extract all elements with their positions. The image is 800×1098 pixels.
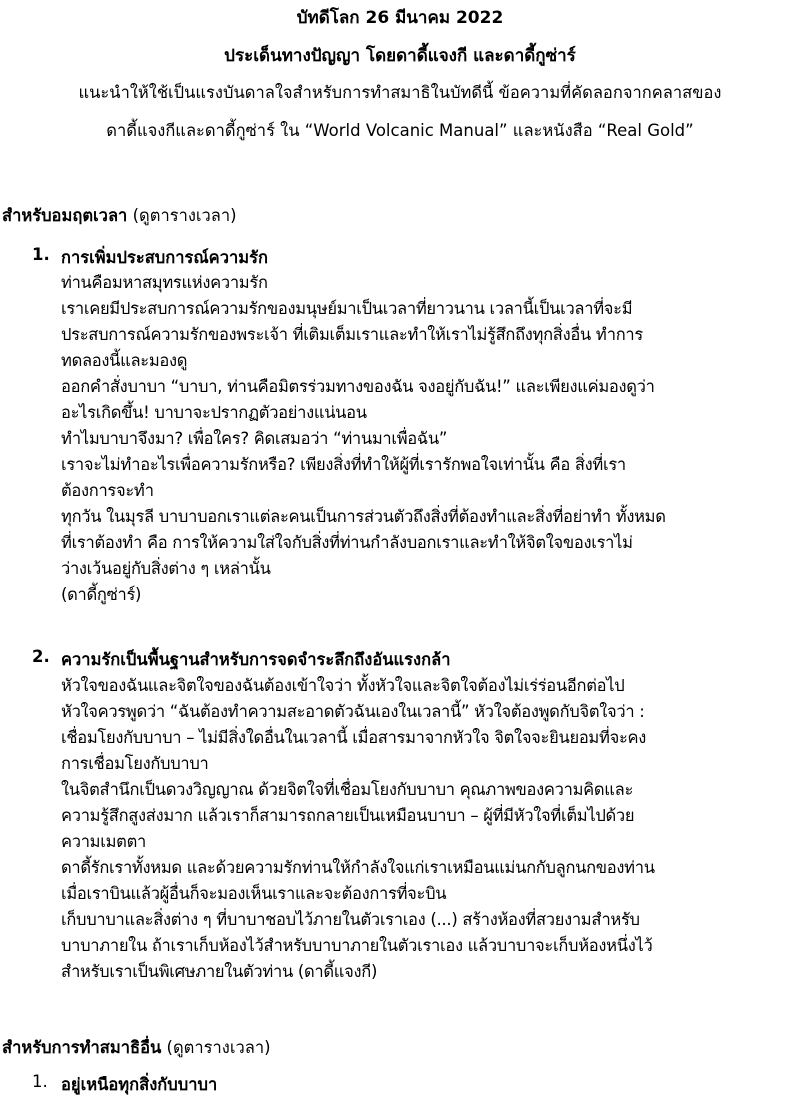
- body-line: บาบาภายใน ถ้าเราเก็บห้องไว้สำหรับบาบาภาย…: [61, 933, 652, 959]
- body-line: ต้องการจะทำ: [61, 478, 154, 504]
- body-line: เมื่อเราบินแล้วผู้อื่นก็จะมองเห็นเราและจ…: [61, 881, 446, 907]
- body-line: (ดาดี้กูซ่าร์): [61, 582, 141, 608]
- section-heading-amrit-vela: สำหรับอมฤตเวลา (ดูตารางเวลา): [2, 203, 237, 229]
- body-line: เชื่อมโยงกับบาบา – ไม่มีสิ่งใดอื่นในเวลา…: [61, 725, 646, 751]
- body-line: การเชื่อมโยงกับบาบา: [61, 751, 208, 777]
- document-title: บัทดีโลก 26 มีนาคม 2022: [0, 4, 800, 31]
- section-heading-note: (ดูตารางเวลา): [127, 206, 236, 225]
- item-title: ความรักเป็นพื้นฐานสำหรับการจดจำระลึกถึงอ…: [61, 647, 450, 673]
- item-title: การเพิ่มประสบการณ์ความรัก: [61, 245, 268, 271]
- body-line: ทดลองนี้และมองดู: [61, 348, 187, 374]
- intro-line: ดาดี้แจงกีและดาดี้กูซ่าร์ ใน “World Volc…: [0, 118, 800, 144]
- body-line: ท่านคือมหาสมุทรแห่งความรัก: [61, 270, 268, 296]
- section-heading-other-meditation: สำหรับการทำสมาธิอื่น (ดูตารางเวลา): [2, 1035, 271, 1061]
- body-line: เราเคยมีประสบการณ์ความรักของมนุษย์มาเป็น…: [61, 296, 632, 322]
- list-number: 2.: [32, 647, 50, 666]
- body-line: สำหรับเราเป็นพิเศษภายในตัวท่าน (ดาดี้แจง…: [61, 959, 377, 985]
- body-line: ทุกวัน ในมุรลี บาบาบอกเราแต่ละคนเป็นการส…: [61, 504, 666, 530]
- body-line: ในจิตสำนึกเป็นดวงวิญญาณ ด้วยจิตใจที่เชื่…: [61, 777, 633, 803]
- body-line: ทำไมบาบาจึงมา? เพื่อใคร? คิดเสมอว่า “ท่า…: [61, 426, 447, 452]
- section-heading-bold: สำหรับอมฤตเวลา: [2, 206, 127, 225]
- body-line: หัวใจของฉันและจิตใจของฉันต้องเข้าใจว่า ท…: [61, 673, 624, 699]
- section-heading-bold: สำหรับการทำสมาธิอื่น: [2, 1038, 161, 1057]
- body-line: ความรู้สึกสูงส่งมาก แล้วเราก็สามารถกลายเ…: [61, 803, 634, 829]
- body-line: เราจะไม่ทำอะไรเพื่อความรักหรือ? เพียงสิ่…: [61, 452, 626, 478]
- body-line: หัวใจควรพูดว่า “ฉันต้องทำความสะอาดตัวฉัน…: [61, 699, 645, 725]
- body-line: ที่เราต้องทำ คือ การให้ความใส่ใจกับสิ่งท…: [61, 530, 633, 556]
- body-line: ความเมตตา: [61, 829, 146, 855]
- body-line: ออกคำสั่งบาบา “บาบา, ท่านคือมิตรร่วมทางข…: [61, 374, 655, 400]
- body-line: เก็บบาบาและสิ่งต่าง ๆ ที่บาบาชอบไว้ภายใน…: [61, 907, 640, 933]
- body-line: ประสบการณ์ความรักของพระเจ้า ที่เติมเต็มเ…: [61, 322, 643, 348]
- body-line: ว่างเว้นอยู่กับสิ่งต่าง ๆ เหล่านั้น: [61, 556, 271, 582]
- body-line: อะไรเกิดขึ้น! บาบาจะปรากฏตัวอย่างแน่นอน: [61, 400, 367, 426]
- list-number: 1.: [32, 1072, 48, 1091]
- item-title: อยู่เหนือทุกสิ่งกับบาบา: [61, 1072, 217, 1098]
- body-line: ดาดี้รักเราทั้งหมด และด้วยความรักท่านให้…: [61, 855, 655, 881]
- intro-line: แนะนำให้ใช้เป็นแรงบันดาลใจสำหรับการทำสมา…: [0, 80, 800, 106]
- list-number: 1.: [32, 245, 50, 264]
- document-subtitle: ประเด็นทางปัญญา โดยดาดี้แจงกี และดาดี้กู…: [0, 42, 800, 69]
- section-heading-note: (ดูตารางเวลา): [161, 1038, 270, 1057]
